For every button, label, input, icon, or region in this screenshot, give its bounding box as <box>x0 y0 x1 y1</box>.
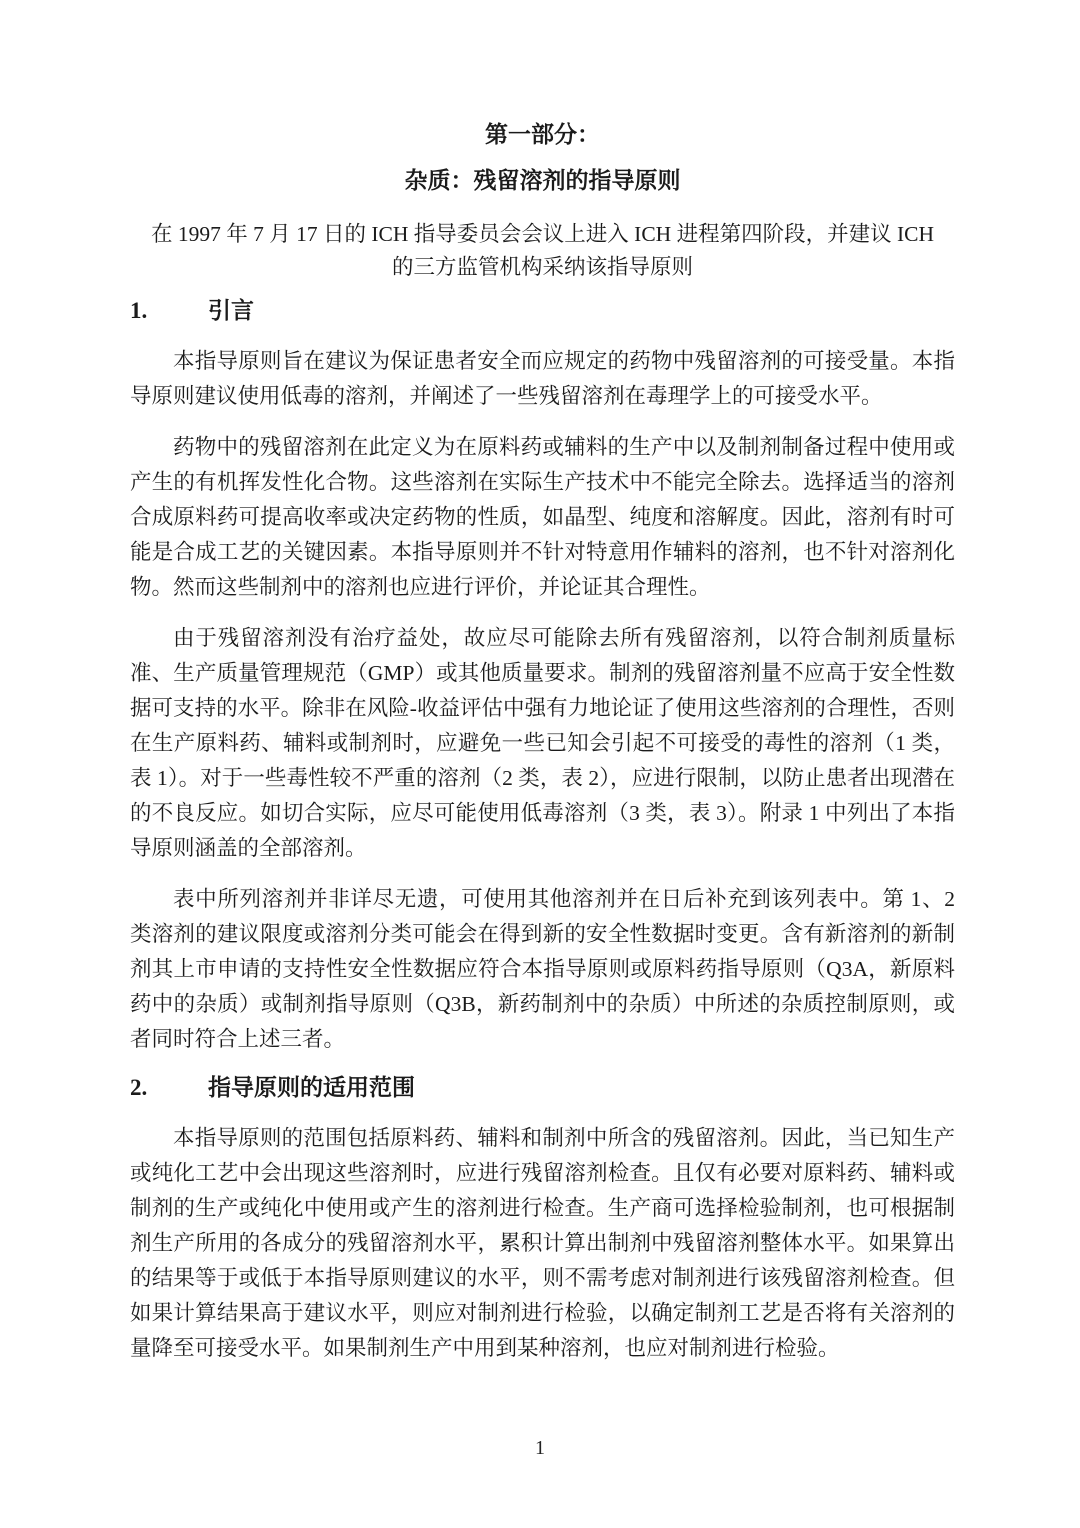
part-title: 第一部分： <box>130 120 955 150</box>
adoption-note-line2: 的三方监管机构采纳该指导原则 <box>130 251 955 284</box>
document-title: 杂质：残留溶剂的指导原则 <box>130 166 955 196</box>
paragraph: 药物中的残留溶剂在此定义为在原料药或辅料的生产中以及制剂制备过程中使用或产生的有… <box>130 430 955 605</box>
section-1-title: 引言 <box>208 296 254 326</box>
paragraph: 本指导原则旨在建议为保证患者安全而应规定的药物中残留溶剂的可接受量。本指导原则建… <box>130 344 955 414</box>
section-2-heading: 2. 指导原则的适用范围 <box>130 1073 955 1103</box>
adoption-note: 在 1997 年 7 月 17 日的 ICH 指导委员会会议上进入 ICH 进程… <box>130 218 955 284</box>
page-content: 第一部分： 杂质：残留溶剂的指导原则 在 1997 年 7 月 17 日的 IC… <box>0 0 1080 1366</box>
adoption-note-line1: 在 1997 年 7 月 17 日的 ICH 指导委员会会议上进入 ICH 进程… <box>130 218 955 251</box>
paragraph: 本指导原则的范围包括原料药、辅料和制剂中所含的残留溶剂。因此，当已知生产或纯化工… <box>130 1121 955 1366</box>
page-number: 1 <box>0 1435 1080 1461</box>
section-1-number: 1. <box>130 296 208 326</box>
section-2-title: 指导原则的适用范围 <box>208 1073 415 1103</box>
document-page: 第一部分： 杂质：残留溶剂的指导原则 在 1997 年 7 月 17 日的 IC… <box>0 0 1080 1528</box>
section-1-heading: 1. 引言 <box>130 296 955 326</box>
paragraph: 由于残留溶剂没有治疗益处，故应尽可能除去所有残留溶剂，以符合制剂质量标准、生产质… <box>130 621 955 866</box>
section-introduction: 1. 引言 本指导原则旨在建议为保证患者安全而应规定的药物中残留溶剂的可接受量。… <box>130 296 955 1057</box>
section-2-number: 2. <box>130 1073 208 1103</box>
section-scope: 2. 指导原则的适用范围 本指导原则的范围包括原料药、辅料和制剂中所含的残留溶剂… <box>130 1073 955 1366</box>
paragraph: 表中所列溶剂并非详尽无遗，可使用其他溶剂并在日后补充到该列表中。第 1、2 类溶… <box>130 882 955 1057</box>
